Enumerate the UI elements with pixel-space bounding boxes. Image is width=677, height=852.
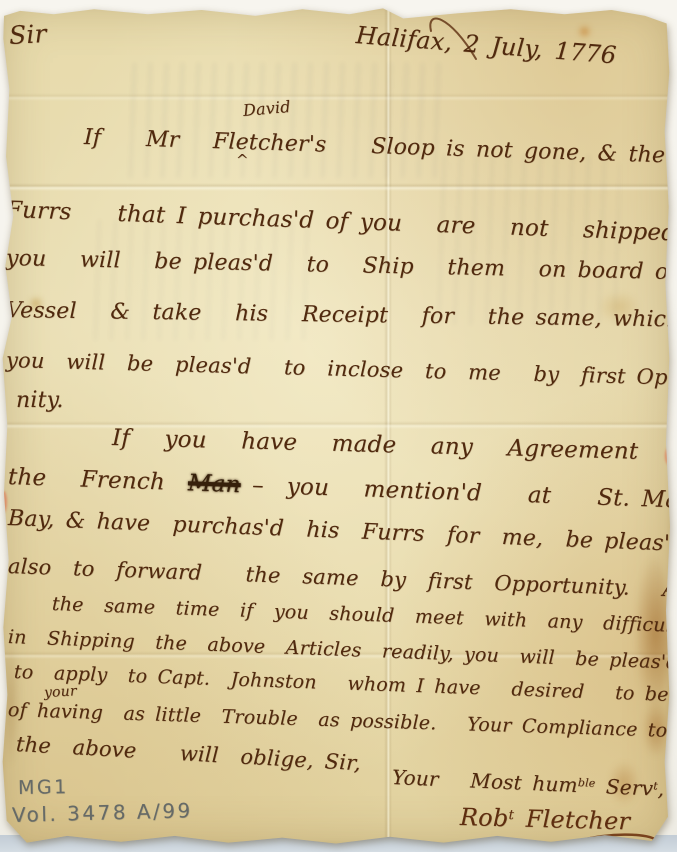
letter-line-p2-3: Bay, & have purchas'd his Furrs for me, … (8, 506, 677, 557)
archival-mark-collection: MG1 (18, 776, 69, 799)
closing-end: , (657, 777, 665, 801)
salutation: Sir (8, 19, 47, 50)
struck-word-man: Man (188, 470, 242, 498)
letter-paper: Halifax, 2 July, 1776 Sir David ^ If Mr … (0, 5, 672, 846)
red-edge-mark (0, 491, 7, 513)
ink-showthrough (120, 63, 450, 178)
letter-line-p2-2-post: – you mention'd at St. Mary's (240, 472, 677, 515)
insertion-your: your (44, 683, 78, 701)
letter-line-p2-9: the above will oblige, Sir, (15, 732, 361, 775)
signature-pre: Rob (460, 803, 509, 832)
letter-line-p2-8-pre: of (8, 699, 38, 722)
closing-superscript: ble (578, 776, 596, 790)
fold-crease-middle (0, 421, 672, 429)
letter-line-p1-6: nity. (16, 388, 64, 413)
letter-paper-wrap: Halifax, 2 July, 1776 Sir David ^ If Mr … (0, 5, 672, 846)
closing-pre: Your Most hum (391, 765, 578, 797)
letter-line-p2-1: If you have made any Agreement with (112, 425, 677, 467)
letter-line-p2-2-pre: the French (8, 464, 189, 496)
scanned-letter-page: Halifax, 2 July, 1776 Sir David ^ If Mr … (0, 0, 677, 852)
stain (578, 25, 591, 38)
letter-line-p2-2: the French Man – you mention'd at St. Ma… (8, 464, 677, 515)
letter-line-p2-8: of having as little Trouble as possible.… (8, 699, 668, 742)
closing-mid: Serv (595, 774, 654, 800)
letter-line-p2-8-post: having as little Trouble as possible. Yo… (37, 700, 668, 742)
letter-line-p1-5: you will be pleas'd to inclose to me by … (6, 348, 677, 391)
archival-mark-volume: Vol. 3478 A/99 (12, 798, 193, 827)
